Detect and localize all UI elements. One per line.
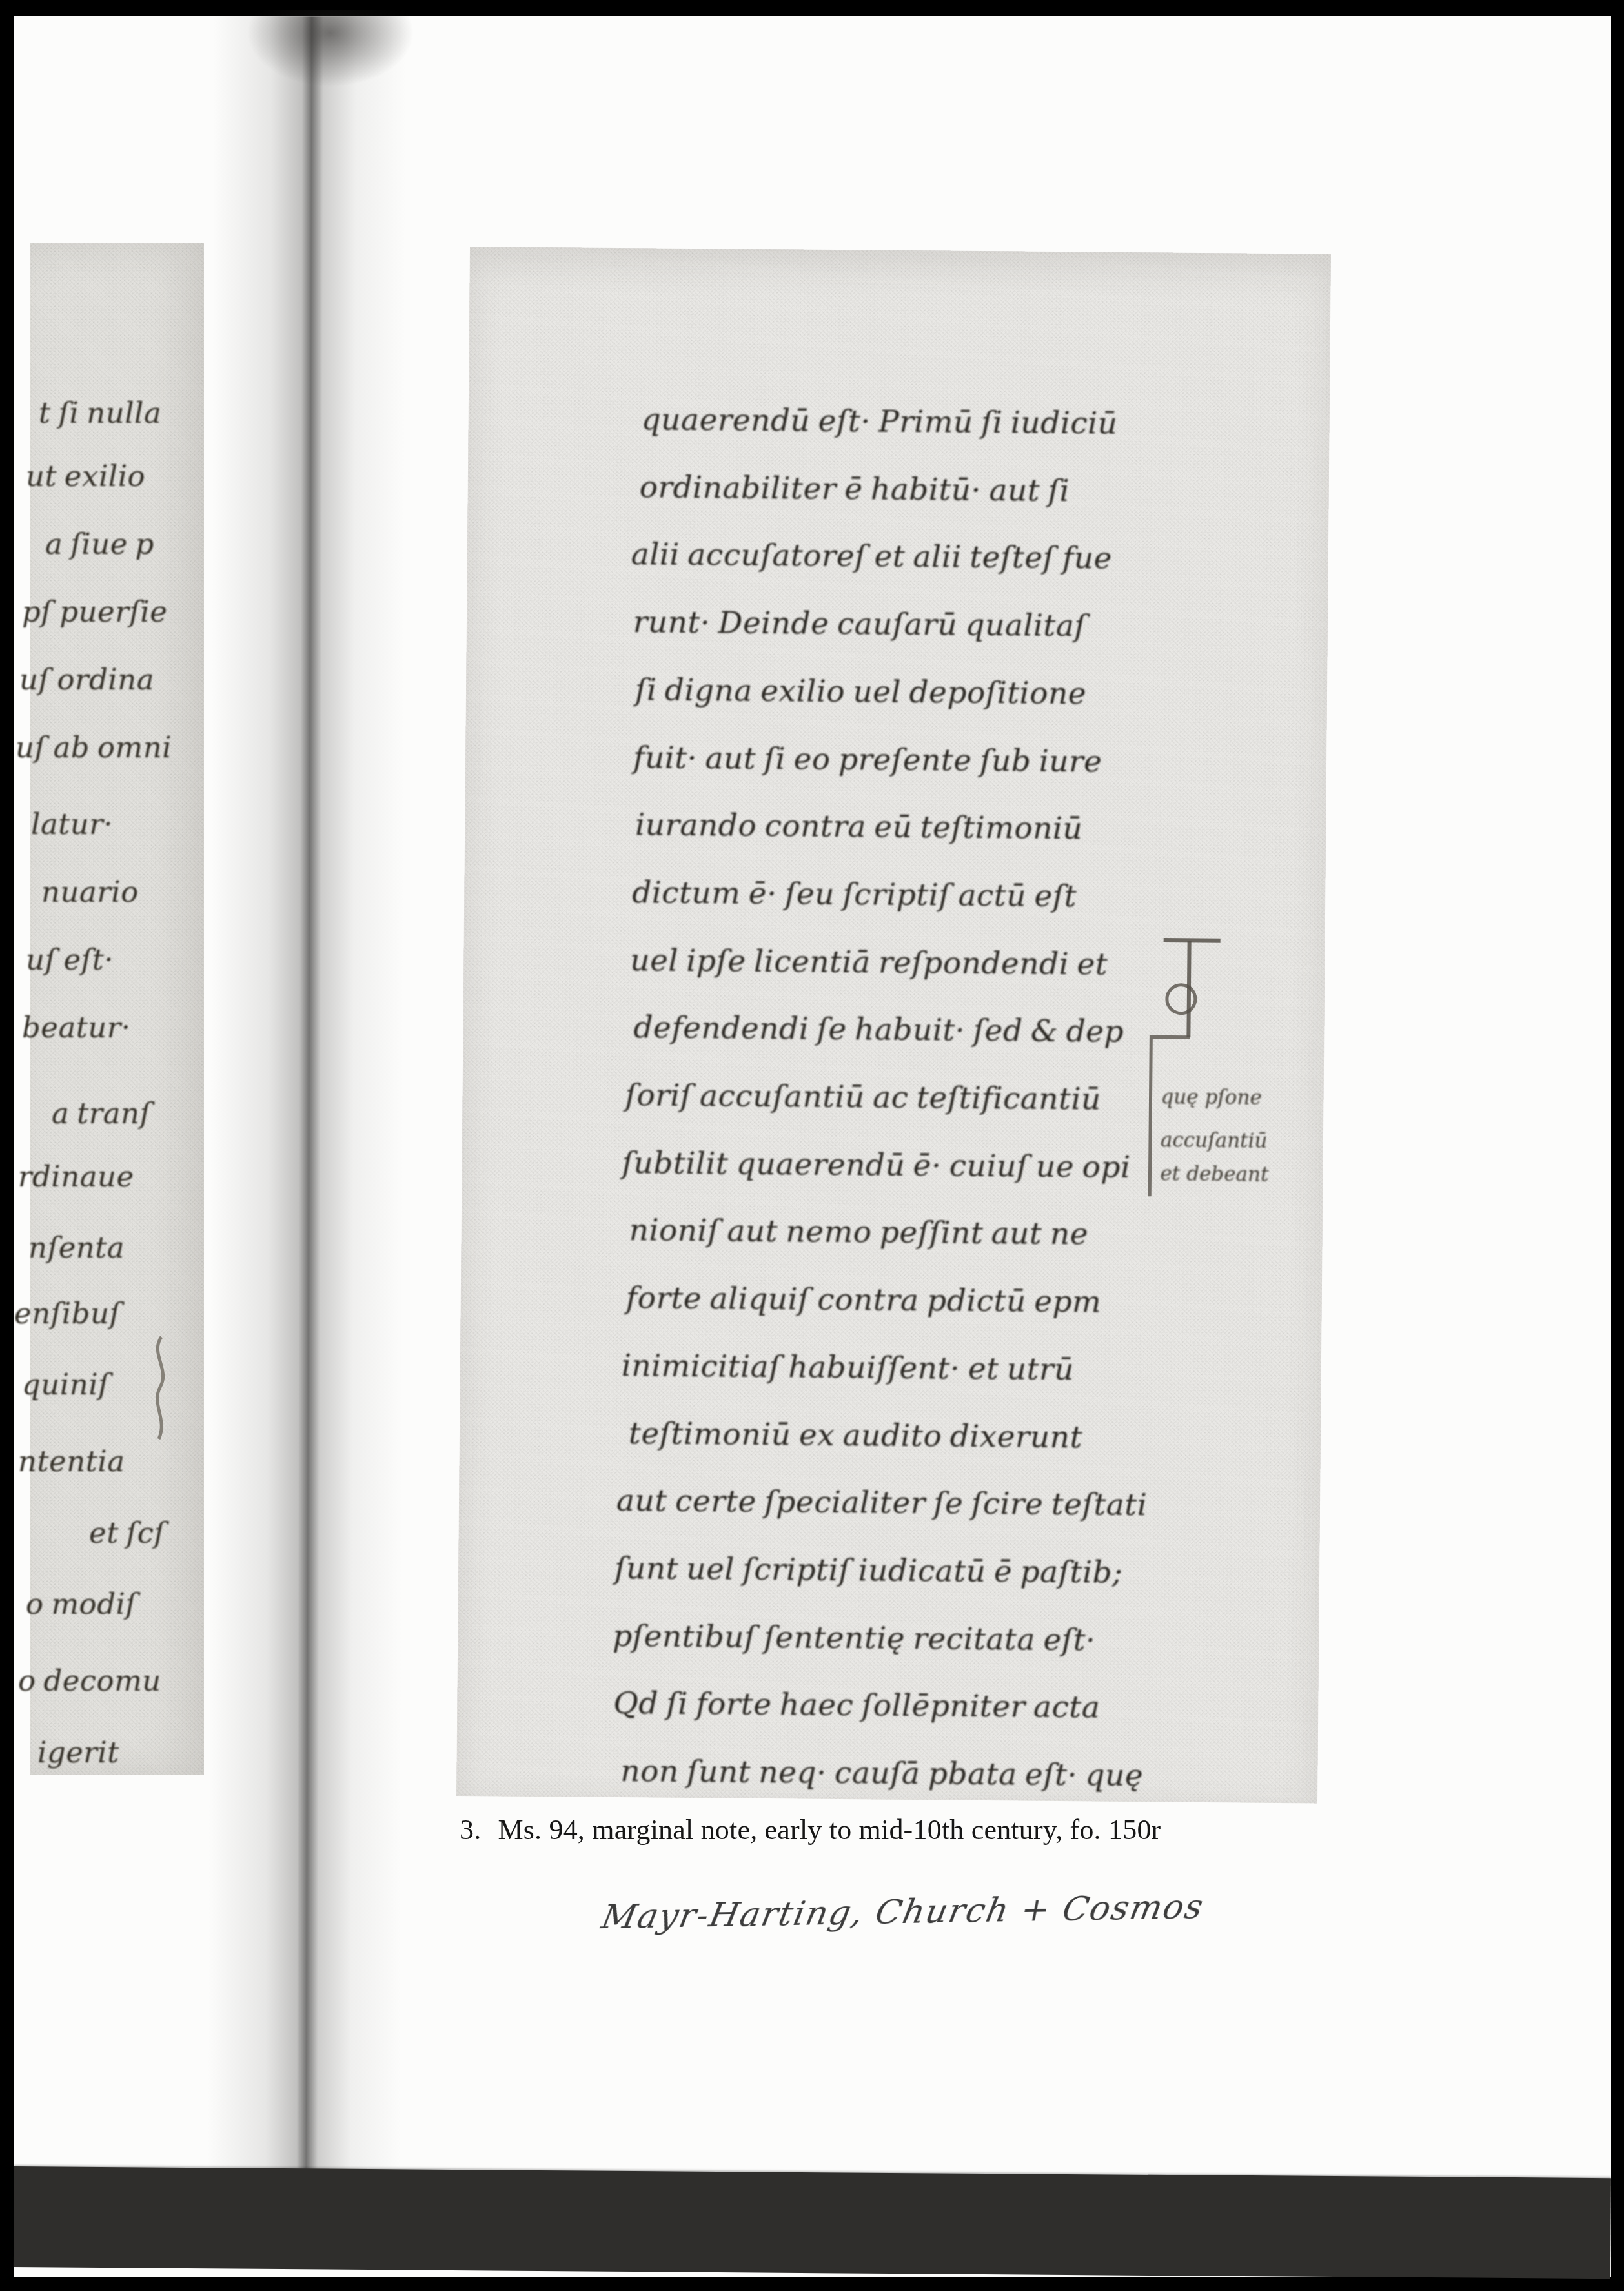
manuscript-line: ntentia [18, 1447, 125, 1476]
manuscript-line: nioniſ aut nemo peſſint aut ne [629, 1216, 1089, 1250]
scan-bottom-dark-band [14, 2166, 1611, 2279]
manuscript-line: ut exilio [26, 462, 145, 491]
manuscript-page-photo: quaerendū eſt· Primū ſi iudiciūordinabil… [456, 247, 1331, 1804]
manuscript-line: a tranſ [52, 1099, 151, 1128]
manuscript-line: nſenta [28, 1233, 125, 1262]
manuscript-line: nuario [41, 877, 139, 906]
manuscript-line: fuit· aut ſi eo preſente ſub iure [633, 742, 1102, 777]
book-scan: { "figure": { "caption_number": "3.", "c… [0, 0, 1624, 2291]
margin-brace-mark [145, 1334, 174, 1444]
manuscript-line: uſ ab omni [15, 733, 172, 762]
manuscript-line: non ſunt neq· cauſā pbata eſt· quę [620, 1756, 1143, 1791]
manuscript-line: teſtimoniū ex audito dixerunt [629, 1418, 1082, 1452]
manuscript-line: t ſi nulla [39, 398, 161, 427]
marginal-note-line: quę pſone [1161, 1087, 1262, 1108]
manuscript-line: ſi digna exilio uel depoſitione [635, 675, 1086, 709]
manuscript-line: rdinaue [18, 1162, 134, 1191]
manuscript-line: iurando contra eū teſtimoniū [635, 809, 1082, 844]
manuscript-line: alii accuſatoreſ et alii teſteſ fue [631, 540, 1112, 574]
manuscript-line: uel ipſe licentiā reſpondendi et [630, 945, 1108, 979]
manuscript-line: o modiſ [26, 1589, 137, 1618]
manuscript-line: dictum ē· ſeu ſcriptiſ actū eſt [632, 877, 1077, 911]
marginal-note-line: et debeant [1160, 1164, 1268, 1185]
manuscript-line: aut certe ſpecialiter ſe ſcire teſtati [616, 1485, 1148, 1520]
facing-page-photo-fragment: t ſi nullaut exilioa ſiue ppſ puerſieuſ … [30, 243, 204, 1775]
manuscript-line: pſ puerſie [22, 597, 167, 626]
figure-caption: 3.Ms. 94, marginal note, early to mid-10… [460, 1813, 1161, 1846]
manuscript-line: o decomu [18, 1666, 161, 1695]
manuscript-line: forte aliquiſ contra pdictū epm [626, 1283, 1102, 1317]
manuscript-line: et ſcſ [89, 1518, 165, 1547]
manuscript-line: runt· Deinde cauſarū qualitaſ [633, 607, 1086, 641]
manuscript-line: uſ eſt· [26, 945, 114, 974]
manuscript-line: ſubtilit quaerendū ē· cuiuſ ue opi [622, 1148, 1130, 1183]
manuscript-line: quaerendū eſt· Primū ſi iudiciū [641, 404, 1117, 438]
figure-number: 3. [460, 1814, 481, 1846]
manuscript-line: inimicitiaſ habuiſſent· et utrū [622, 1350, 1074, 1385]
manuscript-line: pſentibuſ ſententię recitata eſt· [613, 1621, 1096, 1656]
manuscript-line: ordinabiliter ē habitū· aut ſi [640, 472, 1070, 506]
marginal-note: quę pſoneaccuſantiūet debeant [470, 247, 1331, 254]
manuscript-line: a ſiue p [45, 529, 154, 558]
figure-caption-text: Ms. 94, marginal note, early to mid-10th… [498, 1814, 1161, 1846]
manuscript-line: latur· [31, 809, 113, 839]
handwritten-annotation: Mayr-Harting, Church + Cosmos [598, 1888, 1208, 1937]
manuscript-line: defendendi ſe habuit· ſed & dep [633, 1013, 1124, 1048]
manuscript-line: uſ ordina [19, 665, 154, 694]
manuscript-line: quiniſ [22, 1370, 109, 1399]
manuscript-line: ſoriſ accuſantiū ac teſtificantiū [625, 1080, 1101, 1114]
scanned-book-page: t ſi nullaut exilioa ſiue ppſ puerſieuſ … [14, 16, 1611, 2277]
book-gutter-shadow [207, 16, 407, 2176]
manuscript-line: igerit [37, 1738, 119, 1767]
manuscript-line: enſibuſ [14, 1299, 121, 1328]
manuscript-line: ſunt uel ſcriptiſ iudicatū ē paſtib; [614, 1553, 1123, 1588]
manuscript-line: Qd ſi forte haec ſollēpniter acta [613, 1688, 1100, 1723]
manuscript-line: beatur· [22, 1013, 131, 1042]
marginal-note-line: accuſantiū [1161, 1130, 1268, 1151]
manuscript-text-block: quaerendū eſt· Primū ſi iudiciūordinabil… [470, 247, 1331, 254]
gutter-shadow-top [247, 10, 414, 87]
